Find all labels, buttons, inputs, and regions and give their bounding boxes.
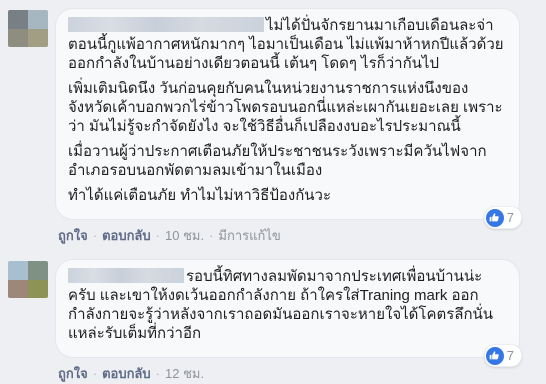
comment-thread: ไม่ได้ปั่นจักรยานมาเกือบเดือนละจ่า ตอนนี…	[0, 0, 546, 384]
separator: ·	[156, 228, 160, 243]
avatar-blur-pixel	[8, 280, 28, 299]
comment-paragraph: ทำได้แค่เตือนภัย ทำไมไม่หาวิธีป้องกันวะ	[68, 186, 507, 205]
comment-body: รอบนี้ทิศทางลมพัดมาจากประเทศเพื่อนบ้านน่…	[55, 259, 540, 384]
reply-button[interactable]: ตอบกลับ	[102, 363, 151, 384]
edited-indicator[interactable]: มีการแก้ไข	[218, 225, 280, 246]
reaction-count-pill[interactable]: 7	[484, 206, 522, 229]
comment-body: ไม่ได้ปั่นจักรยานมาเกือบเดือนละจ่า ตอนนี…	[55, 8, 540, 246]
comment-bubble: ไม่ได้ปั่นจักรยานมาเกือบเดือนละจ่า ตอนนี…	[55, 8, 520, 220]
like-button[interactable]: ถูกใจ	[58, 363, 88, 384]
comment-actions: ถูกใจ · ตอบกลับ · 10 ชม. · มีการแก้ไข	[58, 225, 540, 246]
avatar-blur-pixel	[28, 29, 48, 48]
avatar-blur-pixel	[8, 261, 28, 280]
avatar-blur-pixel	[28, 10, 48, 29]
reaction-count-pill[interactable]: 7	[484, 344, 522, 367]
separator: ·	[93, 228, 97, 243]
comment: รอบนี้ทิศทางลมพัดมาจากประเทศเพื่อนบ้านน่…	[8, 259, 540, 384]
redacted-author-name[interactable]	[68, 17, 264, 32]
comment-bubble: รอบนี้ทิศทางลมพัดมาจากประเทศเพื่อนบ้านน่…	[55, 259, 520, 358]
like-thumb-icon	[486, 347, 504, 365]
avatar-blur-pixel	[28, 261, 48, 280]
avatar-blur-pixel	[8, 10, 28, 29]
separator: ·	[93, 366, 97, 381]
comment-timestamp[interactable]: 12 ชม.	[165, 363, 204, 384]
separator: ·	[156, 366, 160, 381]
comment-paragraph: รอบนี้ทิศทางลมพัดมาจากประเทศเพื่อนบ้านน่…	[68, 267, 507, 343]
redacted-author-name[interactable]	[68, 268, 184, 283]
avatar[interactable]	[8, 261, 48, 298]
comment-timestamp[interactable]: 10 ชม.	[165, 225, 204, 246]
reaction-count: 7	[507, 208, 514, 227]
comment-paragraph: เมื่อวานผู้ว่าประกาศเตือนภัยให้ประชาชนระ…	[68, 142, 507, 180]
comment-actions: ถูกใจ · ตอบกลับ · 12 ชม.	[58, 363, 540, 384]
comment-paragraph: ไม่ได้ปั่นจักรยานมาเกือบเดือนละจ่า ตอนนี…	[68, 16, 507, 73]
comment-paragraph: เพิ่มเติมนิดนึง วันก่อนคุยกับคนในหน่วยงา…	[68, 79, 507, 136]
comment: ไม่ได้ปั่นจักรยานมาเกือบเดือนละจ่า ตอนนี…	[8, 8, 540, 246]
avatar-blur-pixel	[28, 280, 48, 299]
like-button[interactable]: ถูกใจ	[58, 225, 88, 246]
reply-button[interactable]: ตอบกลับ	[102, 225, 151, 246]
avatar[interactable]	[8, 10, 48, 47]
avatar-blur-pixel	[8, 29, 28, 48]
reaction-count: 7	[507, 346, 514, 365]
like-thumb-icon	[486, 209, 504, 227]
separator: ·	[209, 228, 213, 243]
